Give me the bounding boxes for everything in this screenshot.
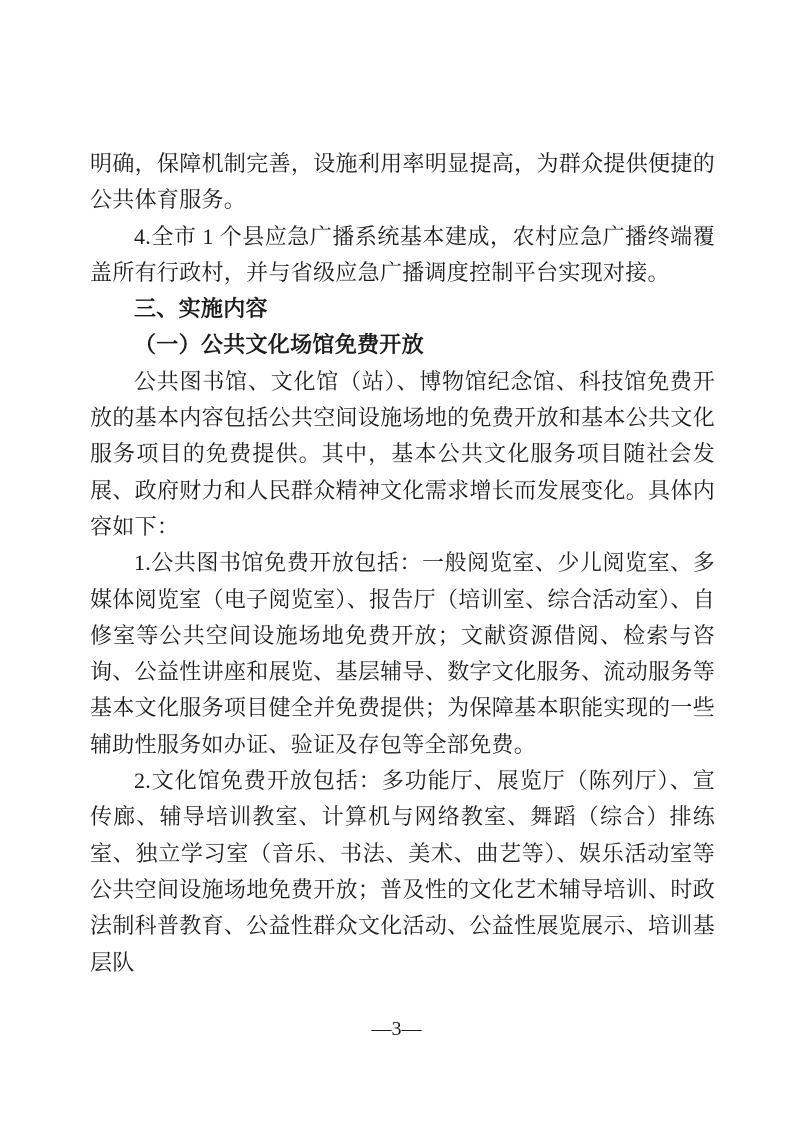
page-number: —3— — [372, 1018, 422, 1040]
paragraph-public-library: 1.公共图书馆免费开放包括：一般阅览室、少儿阅览室、多媒体阅览室（电子阅览室）、… — [90, 545, 715, 763]
section-heading-implementation-content: 三、实施内容 — [90, 291, 715, 327]
document-page: 明确，保障机制完善，设施利用率明显提高，为群众提供便捷的公共体育服务。 4.全市… — [0, 0, 793, 1122]
page-footer: —3— — [0, 1011, 793, 1047]
document-body: 明确，保障机制完善，设施利用率明显提高，为群众提供便捷的公共体育服务。 4.全市… — [90, 146, 715, 981]
paragraph-cultural-center: 2.文化馆免费开放包括：多功能厅、展览厅（陈列厅）、宣传廊、辅导培训教室、计算机… — [90, 763, 715, 981]
paragraph-sports-services: 明确，保障机制完善，设施利用率明显提高，为群众提供便捷的公共体育服务。 — [90, 146, 715, 219]
paragraph-emergency-broadcast: 4.全市 1 个县应急广播系统基本建成，农村应急广播终端覆盖所有行政村，并与省级… — [90, 219, 715, 292]
subsection-heading-free-admission: （一）公共文化场馆免费开放 — [90, 327, 715, 363]
paragraph-free-admission-overview: 公共图书馆、文化馆（站）、博物馆纪念馆、科技馆免费开放的基本内容包括公共空间设施… — [90, 364, 715, 545]
